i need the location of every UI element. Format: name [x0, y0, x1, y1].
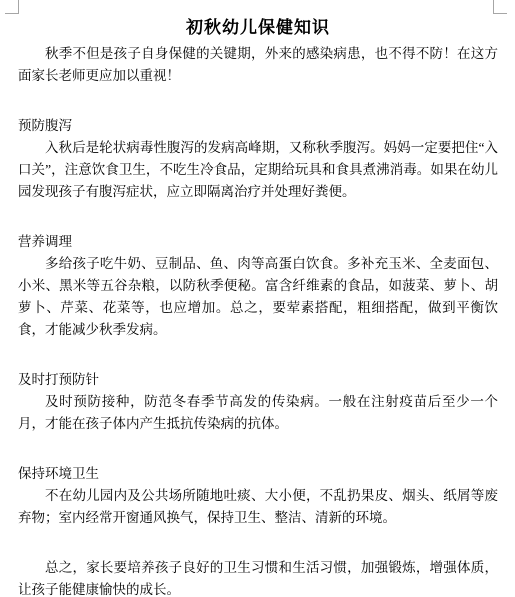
section-nutrition: 营养调理 多给孩子吃牛奶、豆制品、鱼、肉等高蛋白饮食。多补充玉米、全麦面包、小米… [18, 231, 498, 341]
section-heading: 保持环境卫生 [18, 463, 498, 485]
section-heading: 预防腹泻 [18, 115, 498, 137]
margin-crop-mark-top-right [493, 0, 507, 14]
section-vaccination: 及时打预防针 及时预防接种，防范冬春季节高发的传染病。一般在注射疫苗后至少一个月… [18, 369, 498, 435]
section-body: 及时预防接种，防范冬春季节高发的传染病。一般在注射疫苗后至少一个月，才能在孩子体… [18, 391, 498, 435]
section-environment-hygiene: 保持环境卫生 不在幼儿园内及公共场所随地吐痰、大小便，不乱扔果皮、烟头、纸屑等废… [18, 463, 498, 529]
section-heading: 及时打预防针 [18, 369, 498, 391]
document-page: 初秋幼儿保健知识 秋季不但是孩子自身保健的关键期，外来的感染病患，也不得不防！在… [0, 0, 515, 597]
section-body: 多给孩子吃牛奶、豆制品、鱼、肉等高蛋白饮食。多补充玉米、全麦面包、小米、黑米等五… [18, 253, 498, 341]
conclusion-paragraph: 总之，家长要培养孩子良好的卫生习惯和生活习惯，加强锻炼，增强体质，让孩子能健康愉… [18, 557, 498, 597]
intro-paragraph: 秋季不但是孩子自身保健的关键期，外来的感染病患，也不得不防！在这方面家长老师更应… [18, 43, 498, 87]
section-heading: 营养调理 [18, 231, 498, 253]
margin-crop-mark-top-left [5, 0, 19, 14]
section-prevent-diarrhea: 预防腹泻 入秋后是轮状病毒性腹泻的发病高峰期，又称秋季腹泻。妈妈一定要把住“入口… [18, 115, 498, 203]
section-body: 不在幼儿园内及公共场所随地吐痰、大小便，不乱扔果皮、烟头、纸屑等废弃物；室内经常… [18, 485, 498, 529]
section-body: 入秋后是轮状病毒性腹泻的发病高峰期，又称秋季腹泻。妈妈一定要把住“入口关”，注意… [18, 137, 498, 203]
document-content: 初秋幼儿保健知识 秋季不但是孩子自身保健的关键期，外来的感染病患，也不得不防！在… [18, 13, 498, 597]
document-title: 初秋幼儿保健知识 [18, 13, 498, 43]
